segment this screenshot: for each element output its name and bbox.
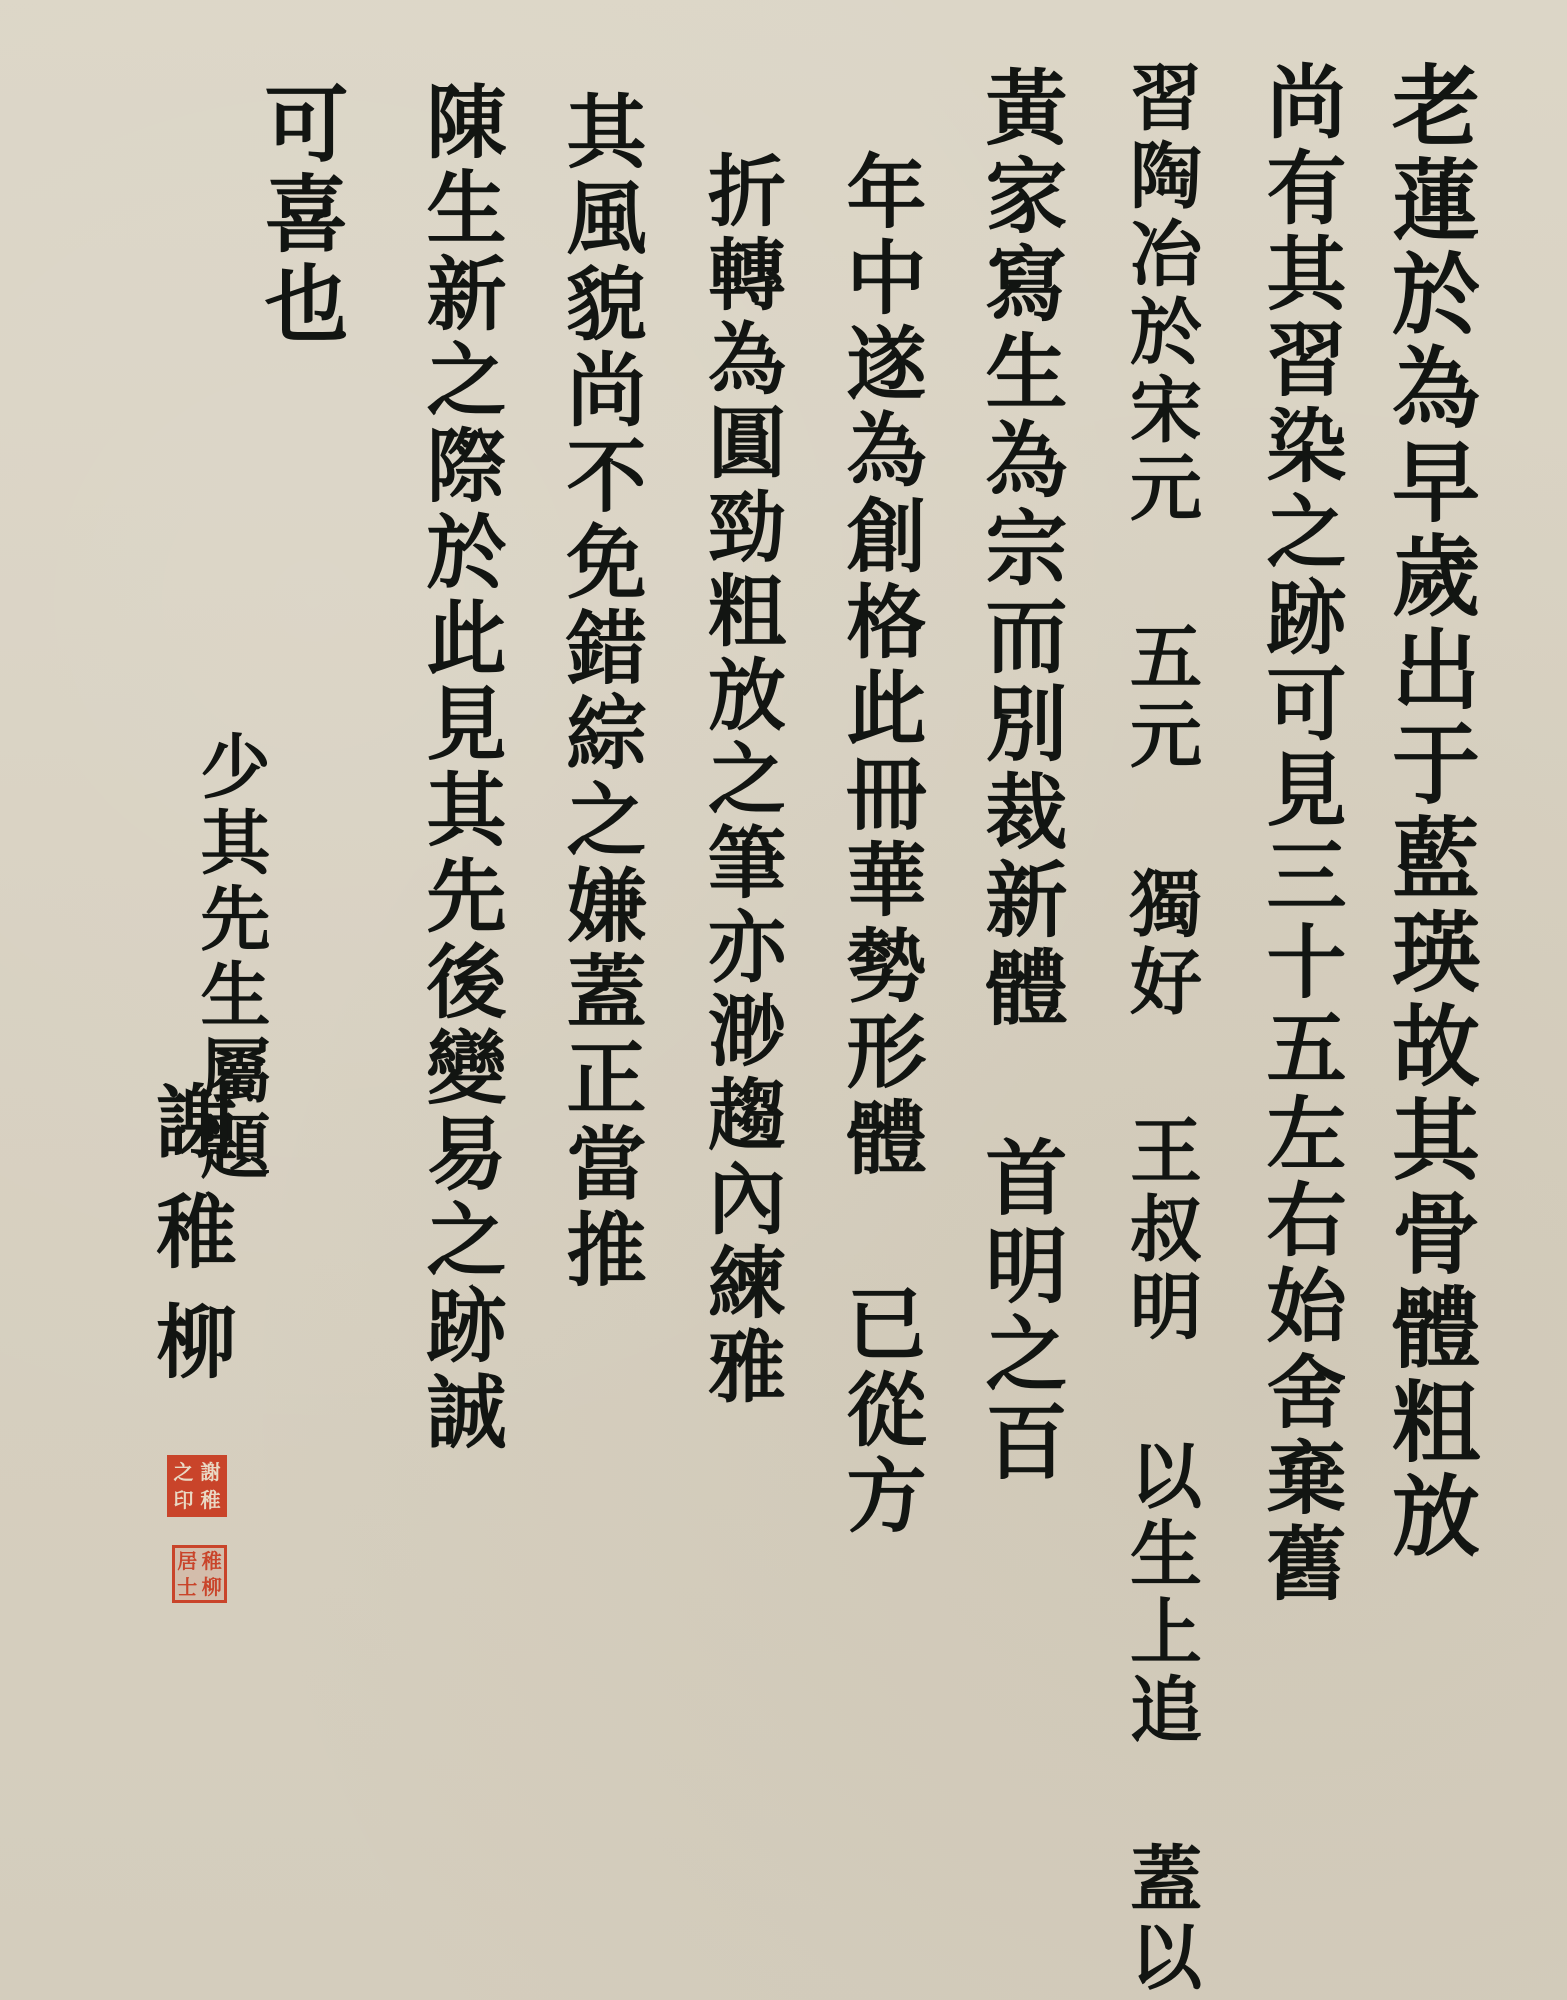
calligraphy-column: 折轉為圓勁粗放之筆亦渺趨內練雅 — [701, 150, 779, 1410]
calligraphy-column: 其風貌尚不免錯綜之嫌蓋正當推 — [560, 90, 640, 1294]
calligraphy-column: 黃家寫生為宗而別裁新體 首明之百 — [979, 65, 1061, 1487]
calligraphy-column: 可喜也 — [258, 80, 342, 350]
red-seal-stamp: 居稚士柳 — [172, 1545, 227, 1603]
calligraphy-column: 老蓮於為早歲出于藍瑛故其骨體粗放 — [1386, 60, 1474, 1564]
calligraphy-column: 尚有其習染之跡可見三十五左右始舍棄舊 — [1260, 60, 1340, 1608]
seal-character: 稚 — [200, 1551, 225, 1571]
seal-character: 士 — [175, 1577, 200, 1597]
red-seal-stamp: 之謝印稚 — [167, 1455, 227, 1517]
calligraphy-column: 陳生新之際於此見其先後變易之跡誠 — [420, 80, 500, 1456]
seal-character: 謝 — [197, 1462, 224, 1482]
calligraphy-column: 習陶冶於宋元 五元 獨好 王叔明 以生上追 蓋以 — [1124, 60, 1196, 1997]
seal-character: 之 — [170, 1462, 197, 1482]
seal-character: 柳 — [200, 1577, 225, 1597]
seal-character: 居 — [175, 1551, 200, 1571]
calligraphy-column: 年中遂為創格此冊華勢形體 已從方 — [840, 150, 920, 1540]
seal-character: 稚 — [197, 1490, 224, 1510]
artist-signature: 謝稚柳 — [150, 1080, 230, 1410]
seal-character: 印 — [170, 1490, 197, 1510]
